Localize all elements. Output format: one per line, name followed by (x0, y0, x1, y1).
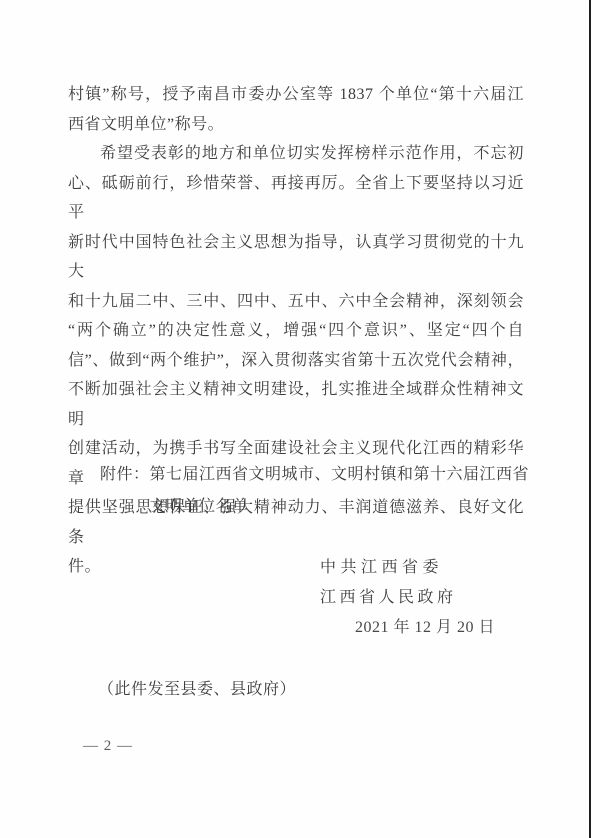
body-line: 希望受表彰的地方和单位切实发挥榜样示范作用，不忘初 (68, 139, 524, 169)
body-line: 新时代中国特色社会主义思想为指导，认真学习贯彻党的十九大 (68, 228, 524, 287)
scan-edge-line (589, 0, 591, 838)
signature-org-party-committee: 中共江西省委 (320, 553, 495, 583)
attachment-label: 附件： (100, 459, 150, 523)
attachment-line: 文明单位名单 (150, 491, 530, 523)
body-line: 和十九届二中、三中、四中、五中、六中全会精神，深刻领会 (68, 287, 524, 317)
body-line: 西省文明单位”称号。 (68, 110, 524, 140)
attachment-content: 第七届江西省文明城市、文明村镇和第十六届江西省 文明单位名单 (150, 459, 530, 523)
distribution-note: （此件发至县委、县政府） (98, 676, 296, 704)
page-number: — 2 — (83, 736, 133, 756)
body-line: “两个确立”的决定性意义，增强“四个意识”、坚定“四个自 (68, 316, 524, 346)
body-line: 信”、做到“两个维护”，深入贯彻落实省第十五次党代会精神， (68, 346, 524, 376)
body-line: 村镇”称号，授予南昌市委办公室等 1837 个单位“第十六届江 (68, 80, 524, 110)
signature-block: 中共江西省委 江西省人民政府 2021 年 12 月 20 日 (320, 553, 495, 643)
body-line: 心、砥砺前行，珍惜荣誉、再接再厉。全省上下要坚持以习近平 (68, 169, 524, 228)
signature-date: 2021 年 12 月 20 日 (355, 613, 495, 643)
body-line: 不断加强社会主义精神文明建设，扎实推进全域群众性精神文明 (68, 375, 524, 434)
attachment-block: 附件： 第七届江西省文明城市、文明村镇和第十六届江西省 文明单位名单 (100, 459, 529, 523)
attachment-line: 第七届江西省文明城市、文明村镇和第十六届江西省 (150, 459, 530, 491)
signature-org-provincial-government: 江西省人民政府 (320, 583, 495, 613)
document-page: 村镇”称号，授予南昌市委办公室等 1837 个单位“第十六届江 西省文明单位”称… (0, 0, 592, 838)
